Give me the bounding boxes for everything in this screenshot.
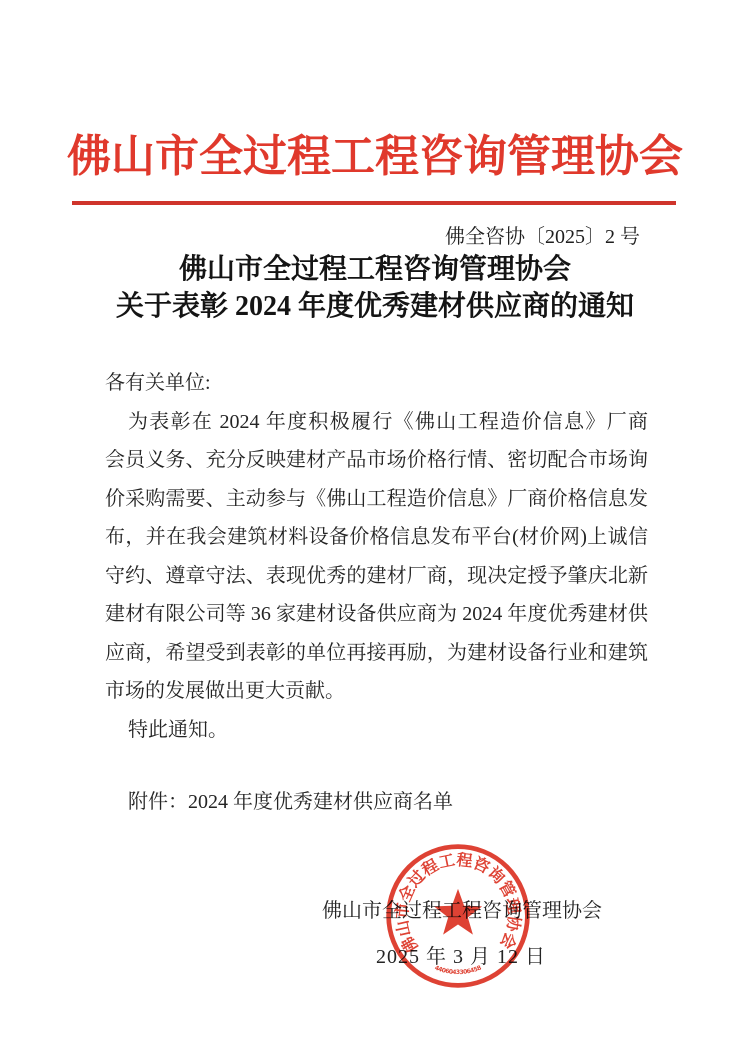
seal-serial-number: 4406043306458 [433,964,482,976]
paragraph-line: 市场的发展做出更大贡献。 [105,672,648,711]
document-number: 佛全咨协〔2025〕2 号 [0,220,640,249]
paragraph-line: 守约、遵章守法、表现优秀的建材厂商，现决定授予肇庆北新 [105,557,648,596]
letterhead-org-title: 佛山市全过程工程咨询管理协会 [0,120,750,184]
paragraph-line: 价采购需要、主动参与《佛山工程造价信息》厂商价格信息发 [105,480,648,519]
closing-line: 特此通知。 [105,711,648,750]
document-title-line2: 关于表彰 2024 年度优秀建材供应商的通知 [37,288,713,325]
salutation: 各有关单位: [105,364,648,403]
letterhead-red-rule [72,201,676,205]
paragraph-line: 为表彰在 2024 年度积极履行《佛山工程造价信息》厂商 [105,403,648,442]
document-body: 各有关单位: 为表彰在 2024 年度积极履行《佛山工程造价信息》厂商 会员义务… [105,364,648,822]
attachment-line: 附件：2024 年度优秀建材供应商名单 [105,783,648,822]
paragraph-line: 会员义务、充分反映建材产品市场价格行情、密切配合市场询 [105,441,648,480]
official-seal: 佛山市全过程工程咨询管理协会 4406043306458 [383,841,533,991]
paragraph-line: 布，并在我会建筑材料设备价格信息发布平台(材价网)上诚信 [105,518,648,557]
document-title-line1: 佛山市全过程工程咨询管理协会 [37,251,713,288]
paragraph-line: 应商，希望受到表彰的单位再接再励，为建材设备行业和建筑 [105,634,648,673]
document-title: 佛山市全过程工程咨询管理协会 关于表彰 2024 年度优秀建材供应商的通知 [37,251,713,325]
star-icon [434,889,482,935]
document-page: 佛山市全过程工程咨询管理协会 佛全咨协〔2025〕2 号 佛山市全过程工程咨询管… [0,0,750,1055]
paragraph-line: 建材有限公司等 36 家建材设备供应商为 2024 年度优秀建材供 [105,595,648,634]
